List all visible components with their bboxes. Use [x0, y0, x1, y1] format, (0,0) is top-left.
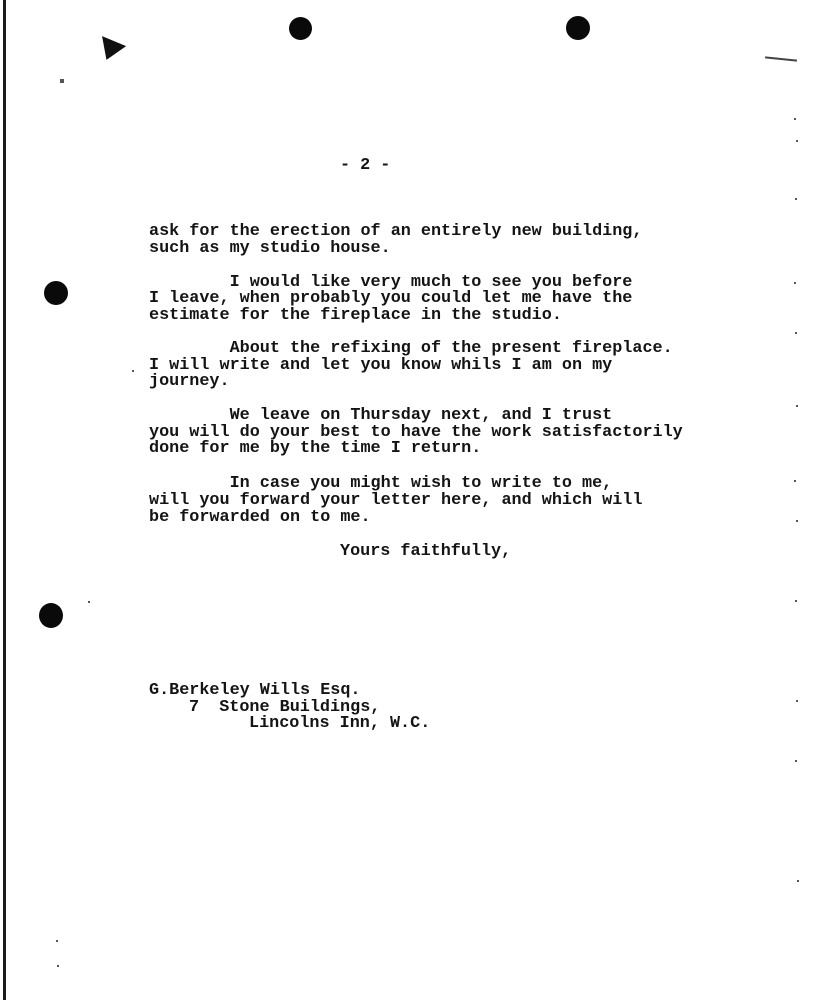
- ink-speck: [794, 118, 796, 120]
- ink-speck: [796, 700, 798, 702]
- ink-speck: [797, 880, 799, 882]
- addressee-city: Lincolns Inn, W.C.: [249, 716, 430, 733]
- punch-hole-left-lower: [39, 603, 63, 628]
- edge-smudge: [765, 56, 797, 61]
- ink-speck: [796, 520, 798, 522]
- body-line: estimate for the fireplace in the studio…: [149, 308, 562, 325]
- ink-speck: [795, 760, 797, 762]
- closing: Yours faithfully,: [340, 544, 511, 561]
- ink-speck: [132, 370, 134, 372]
- ink-blot-top-left: [94, 28, 126, 60]
- body-line: be forwarded on to me.: [149, 510, 371, 527]
- ink-speck: [795, 600, 797, 602]
- body-line: journey.: [149, 374, 230, 391]
- ink-speck: [57, 965, 59, 967]
- page-number: - 2 -: [340, 158, 390, 175]
- ink-speck: [796, 140, 798, 142]
- ink-speck: [796, 405, 798, 407]
- ink-speck: [794, 282, 796, 284]
- punch-hole-left-upper: [44, 281, 68, 305]
- body-line: done for me by the time I return.: [149, 441, 481, 458]
- body-line: such as my studio house.: [149, 241, 391, 258]
- punch-hole-top-left: [289, 17, 312, 40]
- ink-speck: [795, 198, 797, 200]
- page-left-edge: [3, 0, 6, 1000]
- punch-hole-top-right: [566, 16, 590, 40]
- ink-speck: [794, 480, 796, 482]
- ink-speck: [88, 601, 90, 603]
- ink-speck: [60, 79, 64, 83]
- ink-speck: [795, 332, 797, 334]
- ink-speck: [56, 940, 58, 942]
